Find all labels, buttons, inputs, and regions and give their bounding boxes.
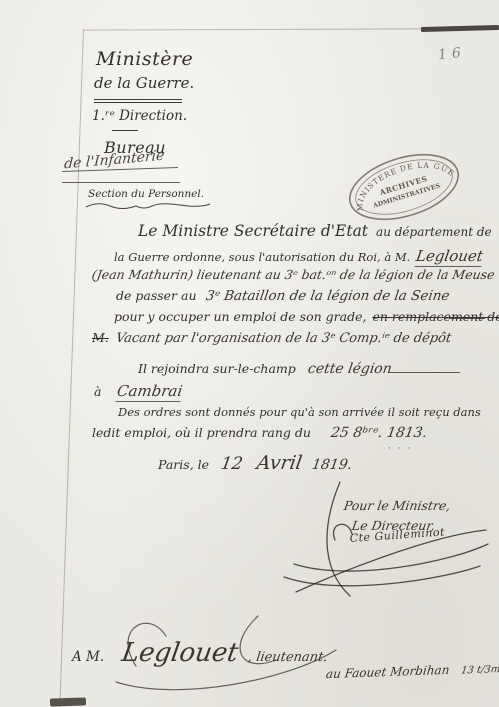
dateline: Paris, le 12 Avril 1819. xyxy=(158,452,352,474)
direction-line: 1.ʳᵉ Direction. xyxy=(92,108,187,124)
body-line-2: la Guerre ordonne, sous l'autorisation d… xyxy=(114,247,483,267)
footer-folio-note: 13 t/3me xyxy=(461,664,499,677)
scan-edge-artifact xyxy=(421,25,499,32)
line6-hand: Vacant par l'organisation de la 3ᵉ Comp.… xyxy=(115,331,453,346)
rank-date-hand: 25 8ᵇʳᵉ. 1813. xyxy=(330,425,429,441)
destination-hand: Cambrai xyxy=(116,382,184,402)
body-line-6: M. Vacant par l'organisation de la 3ᵉ Co… xyxy=(92,330,451,346)
line5-printed: pour y occuper un emploi de son grade, xyxy=(114,309,366,324)
footer-printed: A M. xyxy=(72,649,104,665)
footer-location-line: au Faouet Morbihan 13 t/3me xyxy=(326,661,499,681)
line7-printed: Il rejoindra sur-le-champ xyxy=(138,361,296,376)
direction-text: 1.ʳᵉ Direction. xyxy=(92,108,187,124)
dateline-day: 12 xyxy=(219,454,244,474)
ministry-title-text: Ministère xyxy=(96,48,193,70)
footer-address-line: A M. Leglouet , lieutenant. xyxy=(72,638,327,668)
ink-dots: · · · xyxy=(388,444,412,454)
page-left-edge-line xyxy=(59,29,84,707)
double-rule-bottom xyxy=(94,102,182,103)
scanned-document-page: 16 Ministère de la Guerre. 1.ʳᵉ Directio… xyxy=(0,0,499,707)
ministry-title-line2: de la Guerre. xyxy=(94,74,194,92)
line4-printed: de passer au xyxy=(116,288,197,303)
recipient-name-hand: Leglouet xyxy=(415,247,485,267)
line6-struck: M. xyxy=(92,330,109,345)
dateline-year: 1819. xyxy=(310,457,353,473)
page-number-pencil: 16 xyxy=(437,45,466,64)
line3-hand: (Jean Mathurin) lieutenant au 3ᵉ bat.ᵒⁿ … xyxy=(91,267,496,282)
section-flourish-underline xyxy=(84,200,218,212)
body-line-1: Le Ministre Secrétaire d'Etat au départe… xyxy=(138,222,492,240)
section-line: Section du Personnel. xyxy=(88,188,204,200)
body-line-8: à Cambrai xyxy=(94,382,183,402)
line9-printed: Des ordres sont donnés pour qu'à son arr… xyxy=(118,405,481,419)
opening-phrase: Le Ministre Secrétaire d'Etat xyxy=(138,222,368,240)
section-text: Section du Personnel. xyxy=(88,188,204,200)
scan-smudge xyxy=(50,697,86,706)
line8-printed: à xyxy=(94,384,101,399)
line2-printed: la Guerre ordonne, sous l'autorisation d… xyxy=(114,250,410,264)
dateline-month: Avril xyxy=(255,452,303,474)
footer-location: au Faouet Morbihan xyxy=(325,663,450,681)
bureau-rule-2 xyxy=(62,182,180,183)
line5-trailing-dash xyxy=(449,318,485,319)
double-rule-top xyxy=(94,99,182,100)
body-line-9: Des ordres sont donnés pour qu'à son arr… xyxy=(118,405,481,419)
svg-text:MINISTERE DE LA GUERRE: MINISTERE DE LA GUERRE xyxy=(333,130,460,217)
ministry-title-line1: Ministère xyxy=(96,48,193,70)
dateline-printed: Paris, le xyxy=(158,457,209,472)
line7-hand: cette légion xyxy=(307,361,393,377)
ministry-subtitle-text: de la Guerre. xyxy=(94,74,194,92)
footer-recipient-name: Leglouet xyxy=(120,638,241,668)
line4-hand: 3ᵉ Bataillon de la légion de la Seine xyxy=(204,288,450,304)
body-line-10: ledit emploi, où il prendra rang du 25 8… xyxy=(92,425,427,441)
signature-flourish: Cte Guilleminot xyxy=(280,478,498,606)
footer-recipient-title: , lieutenant. xyxy=(247,650,329,665)
page-top-edge-line xyxy=(84,28,422,30)
direction-rule xyxy=(112,130,138,131)
stamp-ring-text: MINISTERE DE LA GUERRE xyxy=(333,130,460,217)
line5-struck: en remplacement de xyxy=(372,309,499,324)
opening-rest: au département de xyxy=(376,225,492,239)
body-line-7: Il rejoindra sur-le-champ cette légion xyxy=(138,361,392,377)
line7-trailing-dash xyxy=(390,372,460,373)
body-line-3: (Jean Mathurin) lieutenant au 3ᵉ bat.ᵒⁿ … xyxy=(92,267,495,282)
line10-printed: ledit emploi, où il prendra rang du xyxy=(92,425,311,440)
body-line-4: de passer au 3ᵉ Bataillon de la légion d… xyxy=(116,288,449,304)
body-line-5: pour y occuper un emploi de son grade, e… xyxy=(114,309,499,324)
